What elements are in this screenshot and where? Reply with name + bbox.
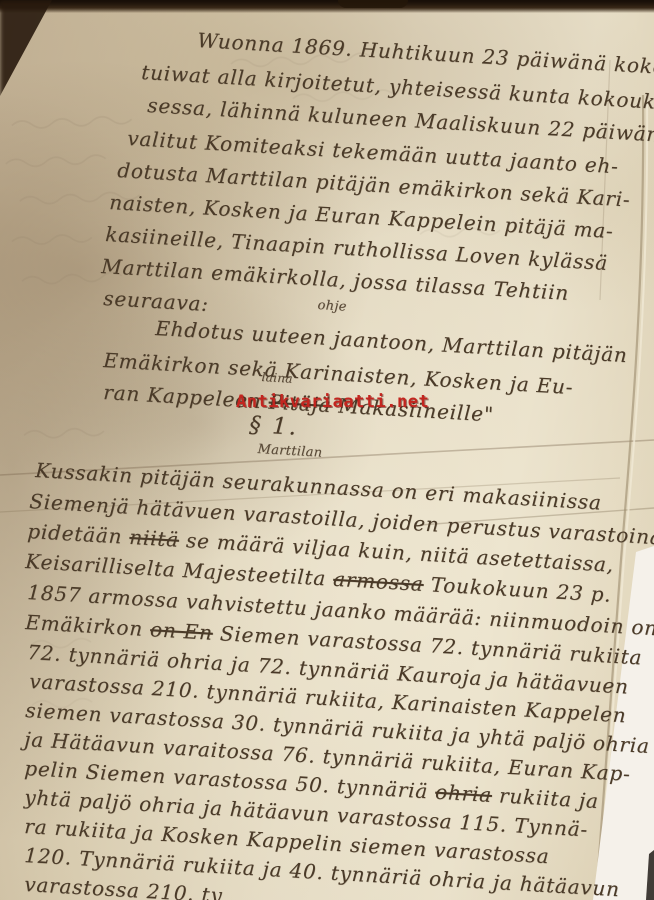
- inserted-word: Marttilan: [257, 443, 323, 460]
- handwritten-line: seuraava:: [103, 288, 210, 314]
- scan-top-edge: [0, 0, 654, 13]
- inserted-word: laina: [261, 371, 293, 385]
- watermark: Antikvariaatti.net: [236, 392, 429, 412]
- document-scan: Wuonna 1869. Huhtikuun 23 päiwänä kokoon…: [0, 0, 654, 900]
- section-mark: § 1.: [249, 414, 299, 440]
- inserted-word: ohje: [317, 299, 347, 314]
